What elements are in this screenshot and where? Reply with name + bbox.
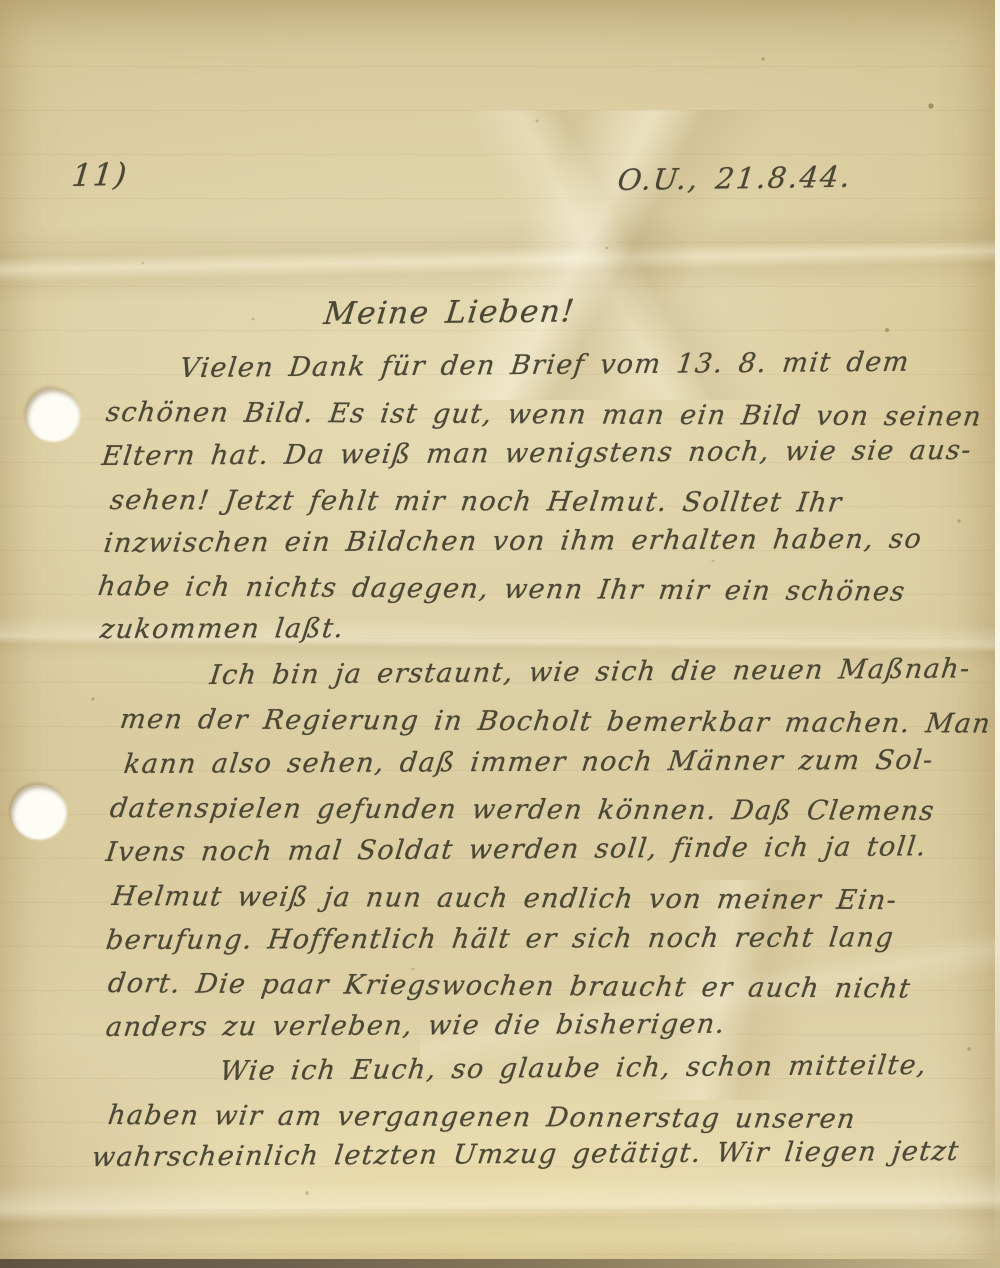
salutation: Meine Lieben! [322,293,577,332]
foxing-specks [0,0,2,2]
dateline: O.U., 21.8.44. [616,160,854,197]
letter-line: anders zu verleben, wie die bisherigen. [104,1008,728,1045]
page-number: 11) [70,157,130,194]
scan-edge-bottom [0,1259,1000,1268]
letter-line: datenspielen gefunden werden können. Daß… [108,792,937,829]
scanned-letter-page: 11) O.U., 21.8.44. Meine Lieben! Vielen … [0,0,1000,1268]
letter-line: Helmut weiß ja nun auch endlich von mein… [110,880,899,918]
letter-line: berufung. Hoffentlich hält er sich noch … [104,921,896,958]
punch-hole [26,389,79,441]
letter-line: Eltern hat. Da weiß man wenigstens noch,… [100,434,974,474]
letter-line: kann also sehen, daß immer noch Männer z… [122,744,936,782]
letter-line: Wie ich Euch, so glaube ich, schon mitte… [218,1049,929,1089]
scan-edge-right [995,0,1000,1268]
letter-line: zukommen laßt. [98,612,346,647]
letter-line: haben wir am vergangenen Donnerstag unse… [106,1099,858,1137]
letter-line: inzwischen ein Bildchen von ihm erhalten… [102,523,924,561]
letter-line: Ivens noch mal Soldat werden soll, finde… [104,830,929,870]
letter-line: Ich bin ja erstaunt, wie sich die neuen … [208,652,973,693]
letter-line: dort. Die paar Kriegswochen braucht er a… [106,967,913,1007]
letter-line: sehen! Jetzt fehlt mir noch Helmut. Soll… [108,484,844,521]
letter-line: wahrscheinlich letzten Umzug getätigt. W… [90,1135,961,1175]
letter-line: habe ich nichts dagegen, wenn Ihr mir ei… [96,570,908,610]
letter-line: Vielen Dank für den Brief vom 13. 8. mit… [178,346,912,386]
punch-hole [11,785,66,839]
letter-line: schönen Bild. Es ist gut, wenn man ein B… [104,396,984,435]
letter-line: men der Regierung in Bocholt bemerkbar m… [118,703,993,742]
